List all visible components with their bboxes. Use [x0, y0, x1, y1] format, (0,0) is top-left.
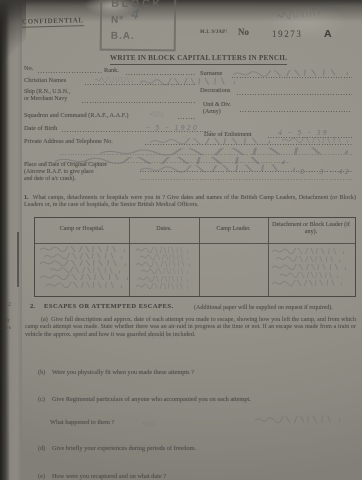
pencil-handwriting — [233, 69, 348, 77]
underlying-page-partial-text: fr — [6, 317, 10, 324]
question-2c-text: Give Regimental particulars of anyone wh… — [52, 397, 251, 403]
pencil-handwriting — [44, 253, 122, 260]
form-rule-ship — [82, 102, 196, 103]
form-rule-capture-2 — [140, 179, 352, 180]
form-rule-unit — [240, 111, 352, 112]
stamp-line-no: Nº — [111, 15, 124, 26]
table-header-divider — [35, 243, 355, 244]
underlying-page-partial-text: ( — [5, 392, 7, 399]
question-2-heading-note: (Additional paper will be supplied on re… — [194, 305, 333, 311]
question-2c-label: (c) — [38, 397, 45, 403]
pencil-handwriting — [40, 246, 125, 252]
pencil-handwriting — [140, 77, 235, 85]
pencil-handwriting — [138, 276, 188, 282]
form-rule-surname — [232, 77, 352, 78]
form-rule-decorations — [237, 94, 352, 95]
pencil-handwriting — [46, 282, 122, 288]
pencil-handwriting — [40, 260, 126, 266]
question-2-number: 2. — [30, 304, 35, 311]
handwritten-date-of-birth: – 5 – 1920 — [146, 124, 199, 132]
pencil-handwriting — [272, 280, 342, 287]
field-label-ship-2: or Merchant Navy — [24, 97, 67, 103]
field-label-christian-names: Christian Names — [24, 78, 66, 84]
photo-dark-edge — [0, 0, 10, 480]
pencil-handwriting — [136, 283, 188, 289]
table-header-dates: Dates. — [129, 226, 199, 233]
pencil-handwriting — [272, 248, 344, 254]
handwritten-capture-date: 8 – 3 – 42 — [300, 168, 351, 176]
pencil-handwriting — [40, 274, 128, 280]
table-column-divider — [268, 218, 269, 296]
table-header-detachment-leader: Detachment or Block Leader (if any). — [270, 222, 352, 237]
stamp-line-ba: B.A. — [111, 31, 135, 42]
field-label-address: Private Address and Telephone No. — [24, 139, 113, 145]
form-rule-squadron — [178, 118, 196, 119]
question-2c-followup: What happened to them ? — [50, 420, 114, 426]
form-rule-no — [38, 72, 102, 73]
form-reference: M.I. 9/JAP/ — [200, 31, 227, 36]
question-1-text: What camps, detachments or hospitals wer… — [24, 195, 356, 208]
serial-no-label: No — [238, 28, 249, 37]
serial-number-stamp: 19273 — [272, 30, 303, 39]
pencil-handwriting — [150, 111, 164, 117]
pencil-handwriting — [136, 247, 188, 253]
field-label-date-of-birth: Date of Birth — [24, 126, 57, 132]
pencil-handwriting — [143, 421, 157, 427]
field-label-rank: Rank. — [104, 68, 119, 74]
table-header-camp: Camp or Hospital. — [35, 226, 129, 233]
field-label-surname: Surname — [200, 71, 222, 77]
underlying-page-partial-text: es — [6, 324, 11, 331]
underlying-page-edge — [9, 0, 22, 480]
question-2b-label: (b) — [38, 370, 45, 376]
field-label-decorations: Decorations — [200, 88, 230, 94]
document-photo: CONFIDENTIAL BLOCK Nº B.A. 4 M.I. 9/JAP/… — [0, 0, 362, 480]
table-header-camp-leader: Camp Leader. — [199, 226, 268, 233]
pencil-handwriting — [55, 157, 285, 164]
question-2e-label: (e) — [38, 474, 45, 480]
question-1: 1. What camps, detachments or hospitals … — [24, 195, 356, 210]
question-2e-text: How were you recaptured and on what date… — [52, 474, 166, 480]
underlying-page-partial-text: 2 — [8, 301, 11, 308]
question-2d-label: (d) — [38, 446, 45, 452]
pencil-handwriting — [95, 77, 133, 83]
field-label-squadron: Squadron and Command (R.A.F., A.A.F.) — [24, 113, 128, 119]
pencil-handwriting — [50, 267, 120, 274]
question-2-heading: ESCAPES OR ATTEMPTED ESCAPES. — [44, 304, 174, 311]
field-label-no: No. — [24, 66, 33, 72]
pencil-handwriting — [272, 264, 346, 270]
question-2d-text: Give briefly your experiences during per… — [52, 446, 196, 452]
pencil-handwriting — [150, 137, 270, 144]
pencil-handwriting — [280, 272, 338, 278]
photo-corner-shadow — [0, 0, 26, 70]
pencil-handwriting — [136, 261, 190, 268]
field-label-capture-3: and date of a/c crash). — [24, 177, 76, 183]
pencil-handwriting — [276, 255, 340, 262]
question-1-number: 1. — [24, 195, 29, 201]
question-2a-label: (a) — [41, 317, 48, 323]
form-rule-rank — [126, 74, 196, 75]
field-label-unit-2: (Army) — [203, 110, 221, 116]
series-letter: A — [324, 29, 332, 40]
question-2b-text: Were you physically fit when you made th… — [52, 370, 194, 376]
classification-stamp: CONFIDENTIAL — [22, 16, 84, 28]
pencil-handwriting — [142, 268, 188, 274]
underlying-page-table-border — [17, 232, 19, 287]
form-instruction-heading: WRITE IN BLOCK CAPITAL LETTERS IN PENCIL — [110, 54, 287, 65]
question-2a: (a) Give full description and approx. da… — [25, 317, 356, 339]
pencil-handwriting — [282, 137, 348, 143]
pencil-handwriting — [140, 254, 188, 260]
question-2a-text: Give full description and approx. date o… — [25, 317, 356, 338]
pencil-handwriting — [255, 415, 340, 423]
handwritten-date-of-enlistment: 4 – 5 – 39 — [278, 129, 329, 137]
underlying-page-partial-text: ( — [5, 457, 7, 464]
